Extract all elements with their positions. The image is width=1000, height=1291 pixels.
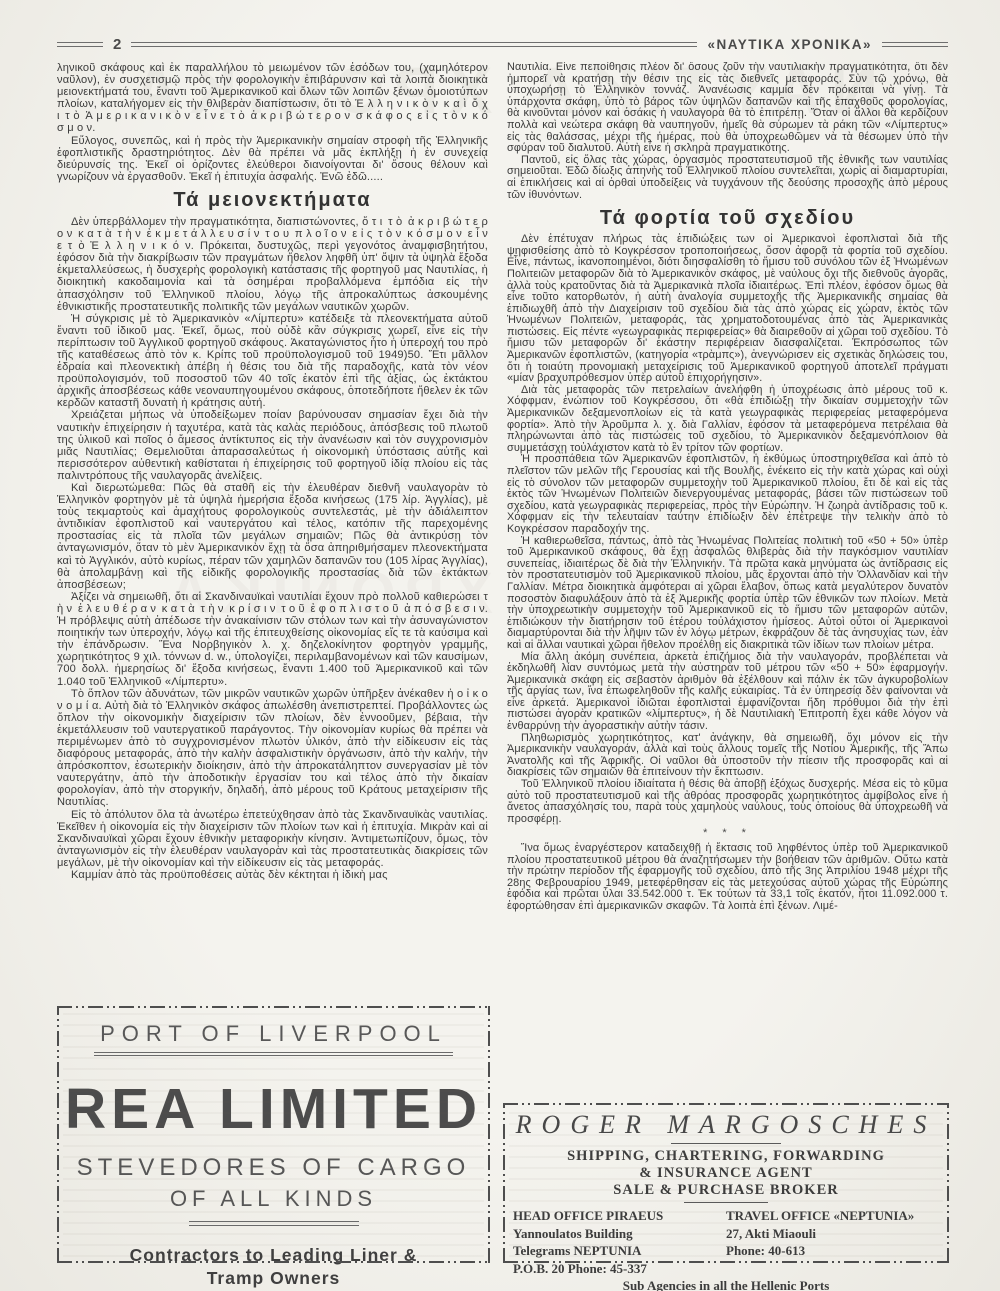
article-paragraph: Χρειάζεται μήπως νὰ ὑποδείξωμεν ποίαν βα…	[57, 409, 488, 482]
article-paragraph: Εἰς τὸ ἀπόλυτον ὅλα τὰ ἀνωτέρω ἐπετεύχθη…	[57, 809, 488, 869]
masthead-title: «ΝΑΥΤΙΚΑ ΧΡΟΝΙΚΑ»	[707, 37, 872, 52]
section-heading-disadvantages: Τά μειονεκτήματα	[57, 188, 488, 212]
article-paragraph: Τὸ ὅπλον τῶν ἀδυνάτων, τῶν μικρῶν ναυτικ…	[57, 688, 488, 809]
travel-office-address: 27, Akti Miaouli	[726, 1225, 939, 1243]
head-office-line: HEAD OFFICE PIRAEUS	[513, 1207, 726, 1225]
ad-margosches-addresses: HEAD OFFICE PIRAEUS Yannoulatos Building…	[503, 1207, 949, 1277]
head-office-telegrams: Telegrams NEPTUNIA	[513, 1242, 726, 1260]
ad-margosches-rule	[684, 1202, 768, 1203]
page-header: 2 «ΝΑΥΤΙΚΑ ΧΡΟΝΙΚΑ»	[57, 36, 948, 53]
ad-rea-company-name: REA LIMITED	[57, 1076, 490, 1142]
header-rule	[882, 42, 948, 47]
ad-rea-tagline: Contractors to Leading Liner & Tramp Own…	[57, 1244, 490, 1290]
article-paragraph: Ἡ προσπάθεια τῶν Ἀμερικανῶν ἐφοπλιστῶν, …	[507, 454, 948, 535]
ad-margosches-name: ROGER MARGOSCHES	[503, 1110, 949, 1140]
travel-office-phone: Phone: 40-613	[726, 1242, 939, 1260]
advertisement-roger-margosches: ROGER MARGOSCHES SHIPPING, CHARTERING, F…	[503, 1103, 949, 1263]
article-paragraph: Ἡ σύγκρισις μὲ τὸ Ἀμερικανικὸν «Λίμπερτυ…	[57, 313, 488, 410]
article-paragraph: Εὔλογος, συνεπῶς, καὶ ἡ πρὸς τὴν Ἀμερικα…	[57, 135, 488, 183]
article-paragraph: Μία ἄλλη ἀκόμη συνέπεια, ἀρκετὰ ἐπιζήμιο…	[507, 652, 948, 733]
article-paragraph: Δὲν ὑπερβάλλομεν τὴν πραγματικότητα, δια…	[57, 216, 488, 313]
page-number: 2	[113, 36, 121, 53]
ad-rea-stevedores-line: STEVEDORES OF CARGO	[57, 1154, 490, 1182]
article-paragraph: Ναυτιλία. Εἶνε πεποίθησις πλέον δι' ὅσου…	[507, 62, 948, 155]
ad-margosches-rule	[671, 1143, 781, 1144]
scanned-magazine-page: ΝΑΥΤΙΚΑ ΧΡΟΝΙΚΑ ΝΑΥΤΙΚΑ ΧΡΟΝΙΚΑ 2 «ΝΑΥΤΙ…	[0, 0, 1000, 1291]
ad-rea-tagline-line2: Tramp Owners	[57, 1267, 490, 1290]
article-paragraph: Παντοῦ, εἰς ὅλας τὰς χώρας, ὀργασμὸς προ…	[507, 155, 948, 201]
article-paragraph: Ἡ καθιερωθεῖσα, πάντως, ἀπὸ τὰς Ἡνωμένας…	[507, 536, 948, 652]
ad-margosches-head-office: HEAD OFFICE PIRAEUS Yannoulatos Building…	[513, 1207, 726, 1277]
article-paragraph: Ἀξίζει νὰ σημειωθῆ, ὅτι αἱ Σκανδιναυϊκαὶ…	[57, 591, 488, 688]
article-paragraph: Διὰ τὰς μεταφορὰς τῶν πετρελαίων ἀνελήφθ…	[507, 385, 948, 455]
ad-margosches-services: SHIPPING, CHARTERING, FORWARDING	[503, 1148, 949, 1165]
travel-office-line: TRAVEL OFFICE «NEPTUNIA»	[726, 1207, 939, 1225]
article-paragraph: Καὶ διερωτώμεθα: Πῶς θὰ σταθῆ εἰς τὴν ἐλ…	[57, 482, 488, 591]
article-paragraph: Ἵνα ὅμως ἐναργέστερον καταδειχθῇ ἡ ἔκτασ…	[507, 843, 948, 913]
ad-margosches-sub-agencies: Sub Agencies in all the Hellenic Ports	[503, 1278, 949, 1291]
left-column: ληνικοῦ σκάφους καὶ ἐκ παραλλήλου τὸ μει…	[57, 62, 488, 881]
article-paragraph: Τοῦ Ἑλληνικοῦ πλοίου ἰδιαίτατα ἡ θέσις θ…	[507, 779, 948, 825]
ad-rea-tagline-line1: Contractors to Leading Liner &	[57, 1244, 490, 1267]
article-paragraph: Καμμίαν ἀπὸ τὰς προϋποθέσεις αὐτὰς δὲν κ…	[57, 869, 488, 881]
ad-border	[503, 1103, 949, 1105]
article-paragraph: ληνικοῦ σκάφους καὶ ἐκ παραλλήλου τὸ μει…	[57, 62, 488, 135]
article-paragraph: Δὲν ἐπέτυχαν πλήρως τὰς ἐπιδιώξεις των ο…	[507, 234, 948, 385]
asterisk-separator: * * *	[507, 828, 948, 840]
ad-margosches-services: SALE & PURCHASE BROKER	[503, 1182, 949, 1199]
ad-margosches-services: & INSURANCE AGENT	[503, 1165, 949, 1182]
ad-rea-rule	[189, 1221, 359, 1226]
ad-margosches-travel-office: TRAVEL OFFICE «NEPTUNIA» 27, Akti Miaoul…	[726, 1207, 939, 1277]
header-rule	[131, 42, 697, 47]
section-heading-plan-cargoes: Τά φορτία τοῦ σχεδίου	[507, 206, 948, 230]
header-rule	[57, 42, 103, 47]
ad-rea-port-line: PORT OF LIVERPOOL	[94, 1021, 453, 1056]
head-office-pob-phone: P.O.B. 20 Phone: 45-337	[513, 1260, 726, 1278]
head-office-building: Yannoulatos Building	[513, 1225, 726, 1243]
ad-rea-kinds-line: OF ALL KINDS	[57, 1186, 490, 1212]
article-paragraph: Πληθωρισμὸς χωρητικότητος, κατ' ἀνάγκην,…	[507, 733, 948, 779]
advertisement-rea-limited: PORT OF LIVERPOOL REA LIMITED STEVEDORES…	[57, 1006, 490, 1263]
right-column: Ναυτιλία. Εἶνε πεποίθησις πλέον δι' ὅσου…	[507, 62, 948, 913]
